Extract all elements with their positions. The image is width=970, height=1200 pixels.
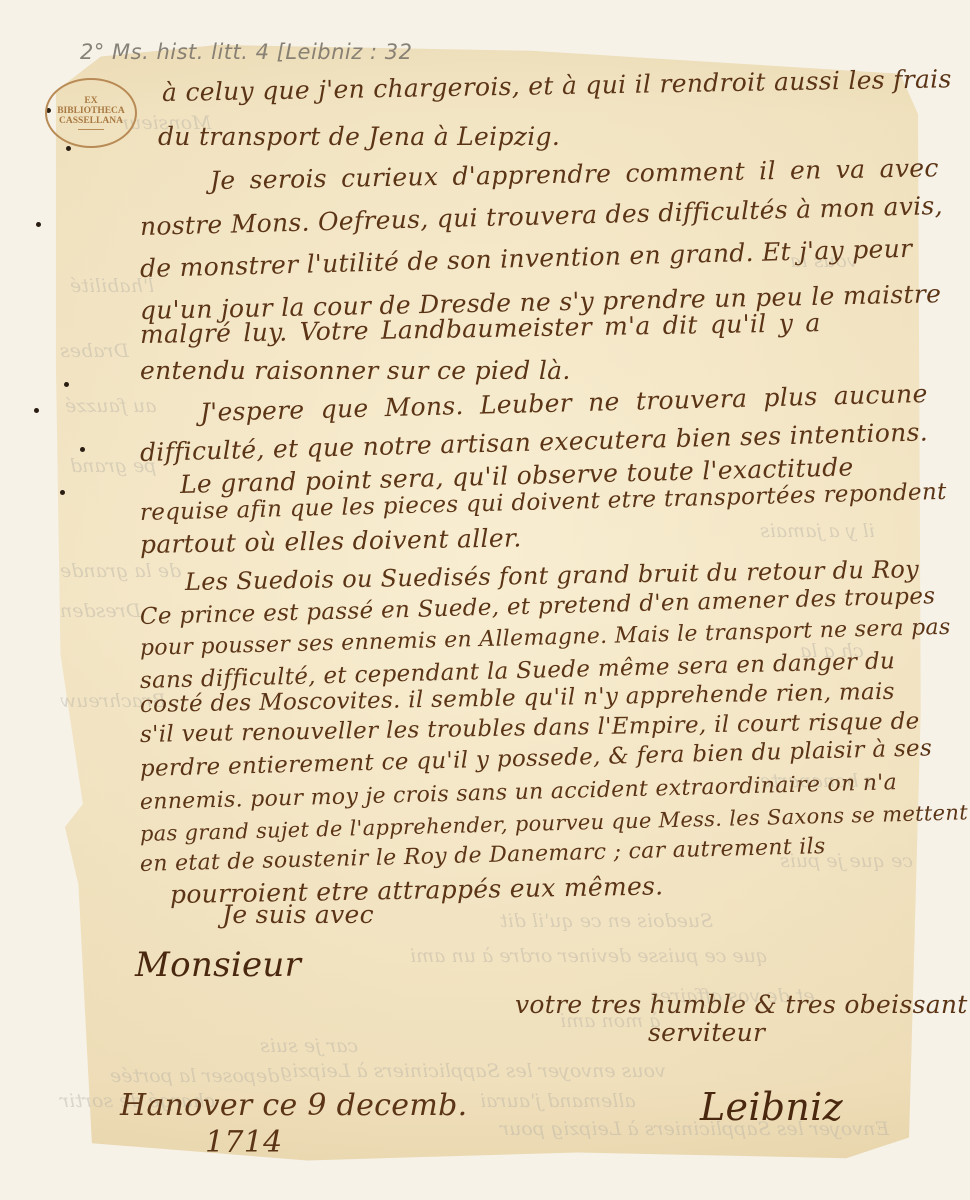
binding-hole bbox=[80, 447, 85, 452]
text-line: du transport de Jena à Leipzig. bbox=[158, 122, 560, 151]
bleed-through-text: deposer la portée bbox=[110, 1065, 279, 1087]
binding-hole bbox=[64, 382, 69, 387]
shelfmark: 2° Ms. hist. litt. 4 [Leibniz : 32 bbox=[80, 40, 412, 64]
bleed-through-text: Suedois en ce qu'il dit bbox=[500, 910, 713, 932]
bleed-through-text: car je suis bbox=[260, 1035, 358, 1057]
stamp-line: BIBLIOTHECA bbox=[57, 106, 125, 116]
valediction: serviteur bbox=[648, 1018, 765, 1047]
bleed-through-text: il y a jamais bbox=[760, 520, 875, 542]
signature: Leibniz bbox=[700, 1085, 843, 1129]
stamp-line: CASSELLANA bbox=[59, 116, 123, 126]
place-date: Hanover ce 9 decemb. bbox=[120, 1088, 467, 1123]
bleed-through-text: allemand j'aurai bbox=[480, 1090, 636, 1112]
stamp-line: EX bbox=[84, 96, 97, 106]
bleed-through-text: Drabes bbox=[60, 340, 129, 362]
bleed-through-text: vous envoyer les Sappliciniers à Leipzig bbox=[280, 1060, 666, 1082]
valediction: votre tres humble & tres obeissant bbox=[515, 990, 968, 1019]
bleed-through-text: au fauzzé bbox=[65, 395, 156, 417]
binding-hole bbox=[66, 146, 71, 151]
closing-formula: Je suis avec bbox=[222, 900, 374, 929]
bleed-through-text: Dresden bbox=[60, 600, 141, 622]
binding-hole bbox=[36, 222, 41, 227]
text-line: entendu raisonner sur ce pied là. bbox=[140, 356, 571, 385]
salutation: Monsieur bbox=[135, 945, 301, 985]
stamp-rule bbox=[78, 129, 104, 130]
binding-hole bbox=[60, 490, 65, 495]
binding-hole bbox=[34, 408, 39, 413]
year: 1714 bbox=[205, 1125, 283, 1160]
bleed-through-text: de la grande bbox=[60, 560, 181, 582]
bleed-through-text: que ce puisse deviner ordre à un ami bbox=[410, 945, 768, 967]
library-stamp: EX BIBLIOTHECA CASSELLANA bbox=[45, 78, 137, 148]
